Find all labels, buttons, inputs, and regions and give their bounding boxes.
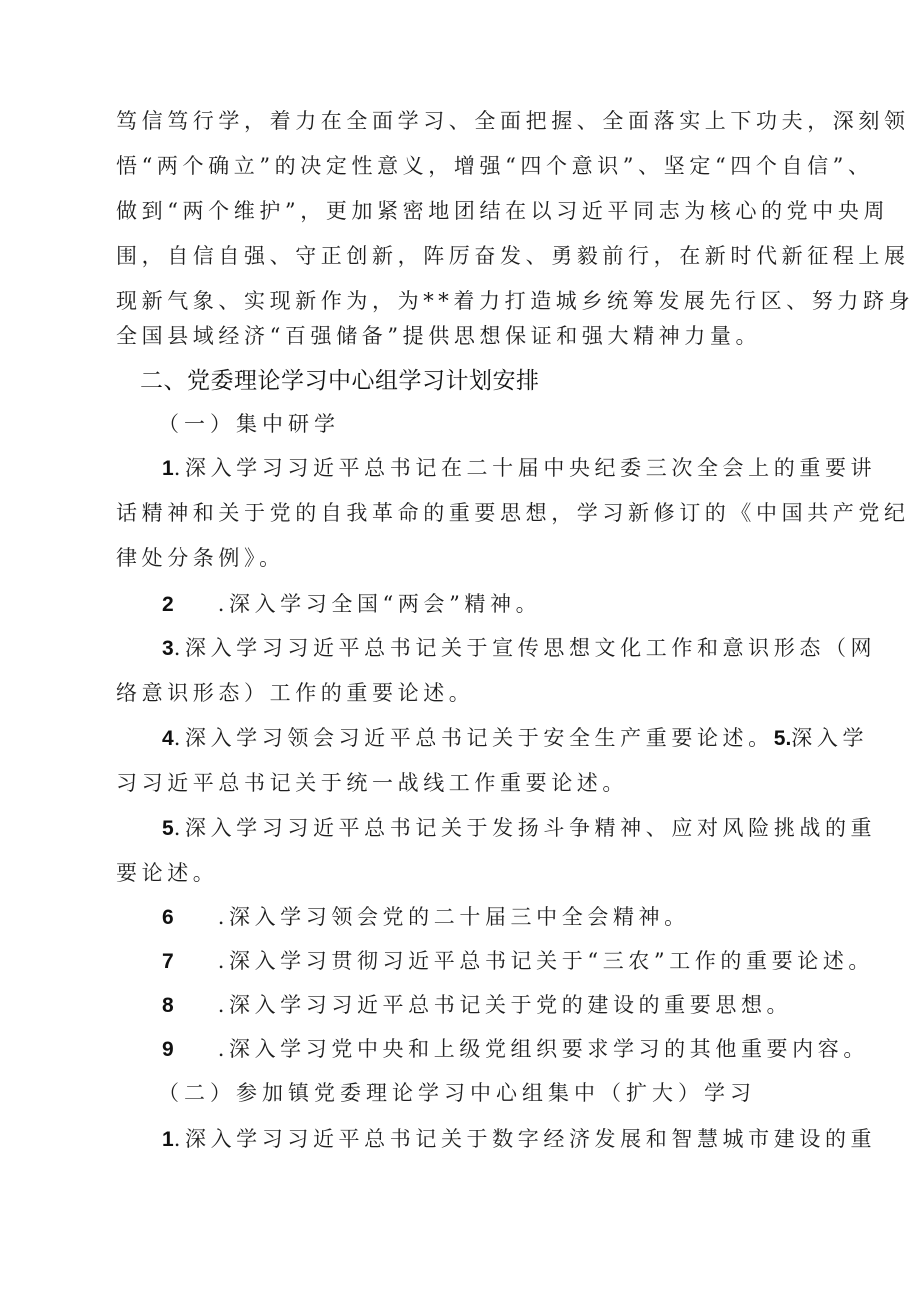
item-number: 8 <box>162 994 174 1017</box>
item-number: 7 <box>162 950 174 973</box>
list-item-continuation: 话精神和关于党的自我革命的重要思想，学习新修订的《中国共产党纪 <box>116 498 910 528</box>
item-text: .深入学习习近平总书记关于发扬斗争精神、应对风险挑战的重 <box>174 816 876 840</box>
list-item: 6.深入学习领会党的二十届三中全会精神。 <box>162 902 690 933</box>
document-page: 笃信笃行学，着力在全面学习、全面把握、全面落实上下功夫，深刻领 悟“两个确立”的… <box>0 0 920 1301</box>
list-item-continuation: 习习近平总书记关于统一战线工作重要论述。 <box>116 768 628 798</box>
item-number: 1 <box>162 457 174 480</box>
item-text: .深入学习习近平总书记关于党的建设的重要思想。 <box>218 993 792 1017</box>
list-item: 1.深入学习习近平总书记关于数字经济发展和智慧城市建设的重 <box>162 1124 876 1155</box>
item-number: 9 <box>162 1038 174 1061</box>
list-item-continuation: 要论述。 <box>116 858 218 888</box>
list-item: 1.深入学习习近平总书记在二十届中央纪委三次全会上的重要讲 <box>162 453 876 484</box>
inline-item-number: 5. <box>774 727 792 750</box>
section-heading: 二、党委理论学习中心组学习计划安排 <box>140 366 540 396</box>
item-number: 6 <box>162 906 174 929</box>
item-text: .深入学习领会习近平总书记关于安全生产重要论述。 <box>174 726 774 750</box>
item-number: 2 <box>162 593 174 616</box>
item-number: 5 <box>162 817 174 840</box>
item-text: .深入学习习近平总书记在二十届中央纪委三次全会上的重要讲 <box>174 456 876 480</box>
list-item: 9.深入学习党中央和上级党组织要求学习的其他重要内容。 <box>162 1034 869 1065</box>
item-text: 深入学 <box>791 726 868 750</box>
item-text: .深入学习习近平总书记关于宣传思想文化工作和意识形态（网 <box>174 636 876 660</box>
paragraph-line: 做到“两个维护”，更加紧密地团结在以习近平同志为核心的党中央周 <box>116 196 889 226</box>
item-text: .深入学习全国“两会”精神。 <box>218 592 542 616</box>
paragraph-line: 悟“两个确立”的决定性意义，增强“四个意识”、坚定“四个自信”、 <box>116 151 874 181</box>
item-text: .深入学习习近平总书记关于数字经济发展和智慧城市建设的重 <box>174 1127 876 1151</box>
list-item: 4.深入学习领会习近平总书记关于安全生产重要论述。5.深入学 <box>162 723 868 754</box>
list-item-continuation: 律处分条例》。 <box>116 543 285 573</box>
list-item-continuation: 络意识形态）工作的重要论述。 <box>116 678 474 708</box>
paragraph-line: 笃信笃行学，着力在全面学习、全面把握、全面落实上下功夫，深刻领 <box>116 106 910 136</box>
item-number: 4 <box>162 727 174 750</box>
paragraph-line: 围，自信自强、守正创新，阵厉奋发、勇毅前行，在新时代新征程上展 <box>116 241 910 271</box>
item-text: .深入学习领会党的二十届三中全会精神。 <box>218 905 690 929</box>
paragraph-line: 现新气象、实现新作为，为**着力打造城乡统筹发展先行区、努力跻身 <box>116 286 914 316</box>
list-item: 8.深入学习习近平总书记关于党的建设的重要思想。 <box>162 990 792 1021</box>
subsection-heading: （一）集中研学 <box>158 409 340 439</box>
item-number: 3 <box>162 637 174 660</box>
list-item: 3.深入学习习近平总书记关于宣传思想文化工作和意识形态（网 <box>162 633 876 664</box>
item-number: 1 <box>162 1128 174 1151</box>
subsection-heading: （二）参加镇党委理论学习中心组集中（扩大）学习 <box>158 1078 756 1108</box>
paragraph-line: 全国县域经济“百强储备”提供思想保证和强大精神力量。 <box>116 321 761 351</box>
list-item: 5.深入学习习近平总书记关于发扬斗争精神、应对风险挑战的重 <box>162 813 876 844</box>
item-text: .深入学习党中央和上级党组织要求学习的其他重要内容。 <box>218 1037 869 1061</box>
list-item: 2.深入学习全国“两会”精神。 <box>162 589 541 620</box>
item-text: .深入学习贯彻习近平总书记关于“三农”工作的重要论述。 <box>218 949 874 973</box>
list-item: 7.深入学习贯彻习近平总书记关于“三农”工作的重要论述。 <box>162 946 874 977</box>
